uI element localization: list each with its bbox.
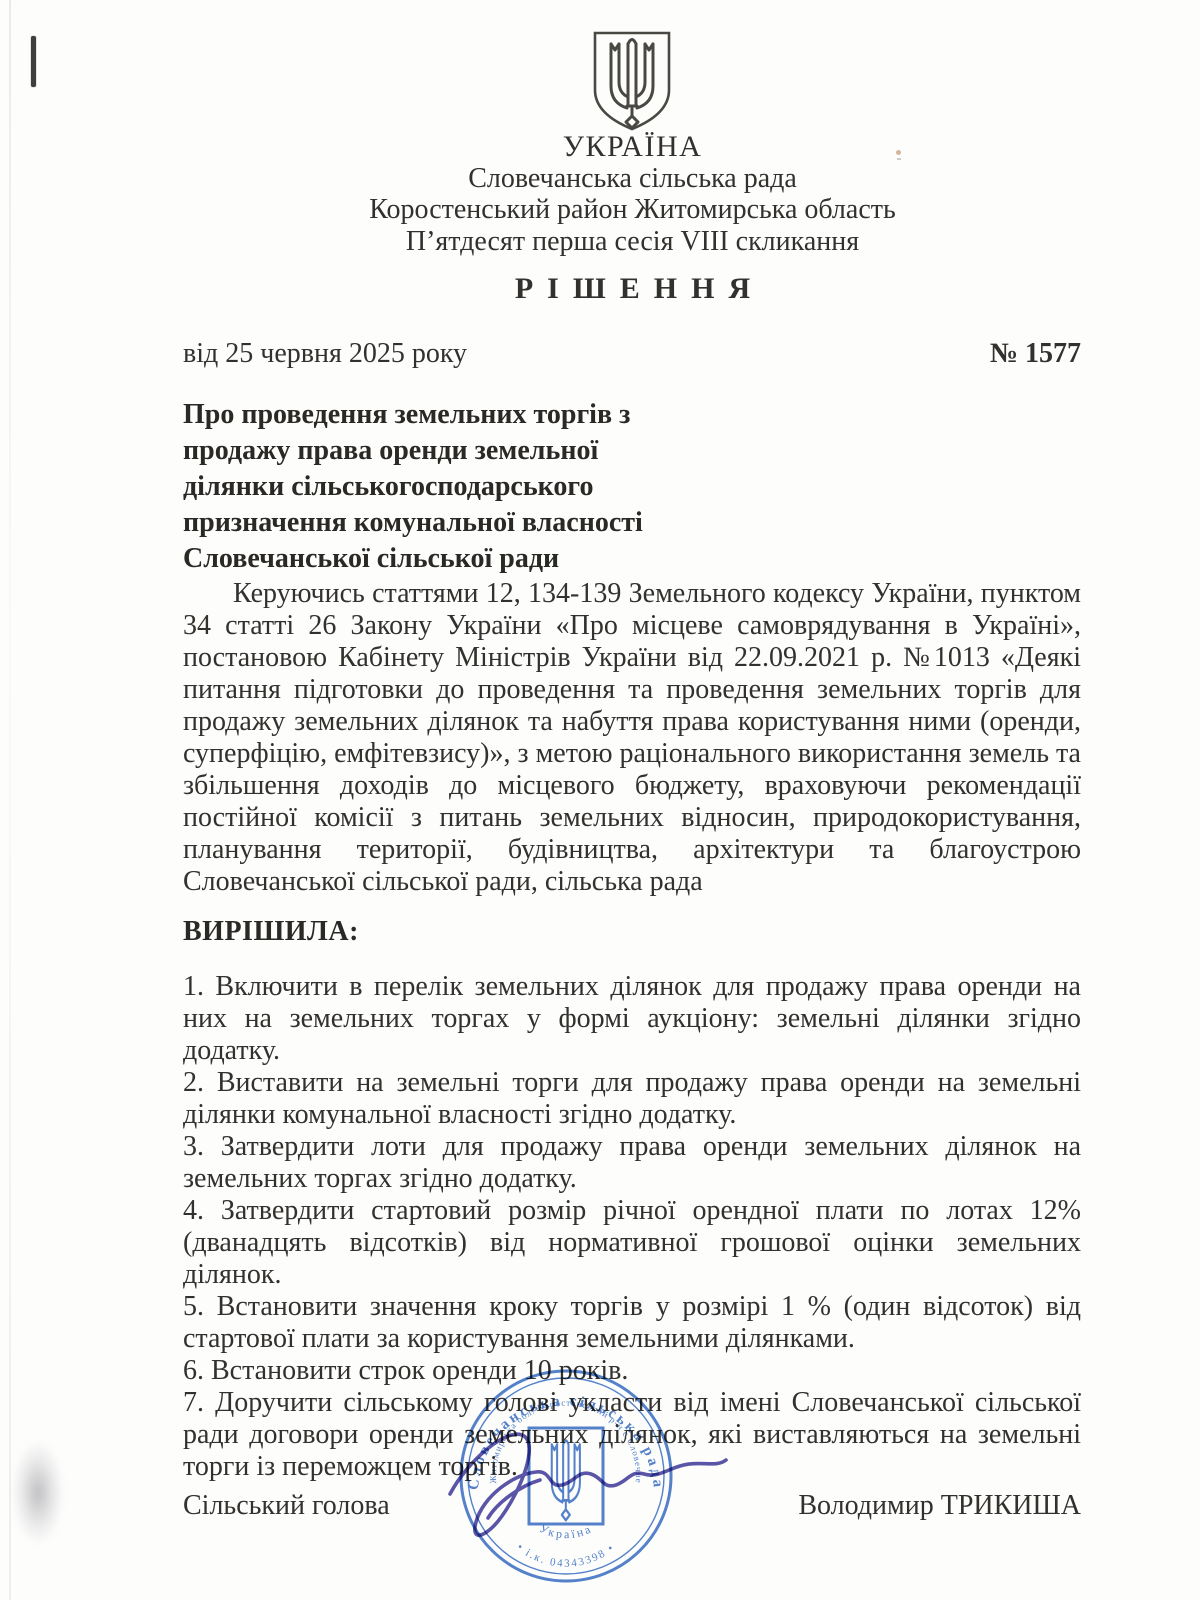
signature-stroke <box>428 1398 733 1558</box>
resolution-item-3: 3. Затвердити лоти для продажу права оре… <box>183 1131 1081 1195</box>
resolution-item-5: 5. Встановити значення кроку торгів у ро… <box>183 1291 1081 1355</box>
resolution-item-1: 1. Включити в перелік земельних ділянок … <box>183 971 1081 1067</box>
document-page: УКРАЇНА Словечанська сільська рада Корос… <box>0 0 1200 1600</box>
district-line: Коростенський район Житомирська область <box>150 194 1115 226</box>
coat-of-arms <box>586 30 678 132</box>
resolution-item-2: 2. Виставити на земельні торги для прода… <box>183 1067 1081 1131</box>
date-number-row: від 25 червня 2025 року № 1577 <box>183 338 1081 370</box>
document-header: УКРАЇНА Словечанська сільська рада Корос… <box>150 131 1115 257</box>
scan-artifact-smudge <box>12 1440 64 1545</box>
paper-crease <box>9 0 11 1600</box>
subject-block: Про проведення земельних торгів з продаж… <box>183 397 723 577</box>
resolution-item-4: 4. Затвердити стартовий розмір річної ор… <box>183 1195 1081 1291</box>
country-name: УКРАЇНА <box>150 131 1115 163</box>
decision-title: РІШЕННЯ <box>150 272 1115 306</box>
scan-artifact-staple <box>31 36 36 87</box>
preamble-paragraph: Керуючись статтями 12, 134-139 Земельног… <box>183 578 1081 898</box>
council-name: Словечанська сільська рада <box>150 163 1115 195</box>
decision-date: від 25 червня 2025 року <box>183 338 467 370</box>
resolved-heading: ВИРІШИЛА: <box>183 916 359 948</box>
official-position: Сільський голова <box>183 1490 390 1522</box>
official-name: Володимир ТРИКИША <box>798 1490 1081 1522</box>
decision-number: № 1577 <box>990 338 1081 370</box>
session-line: П’ятдесят перша сесія VIII скликання <box>150 226 1115 258</box>
